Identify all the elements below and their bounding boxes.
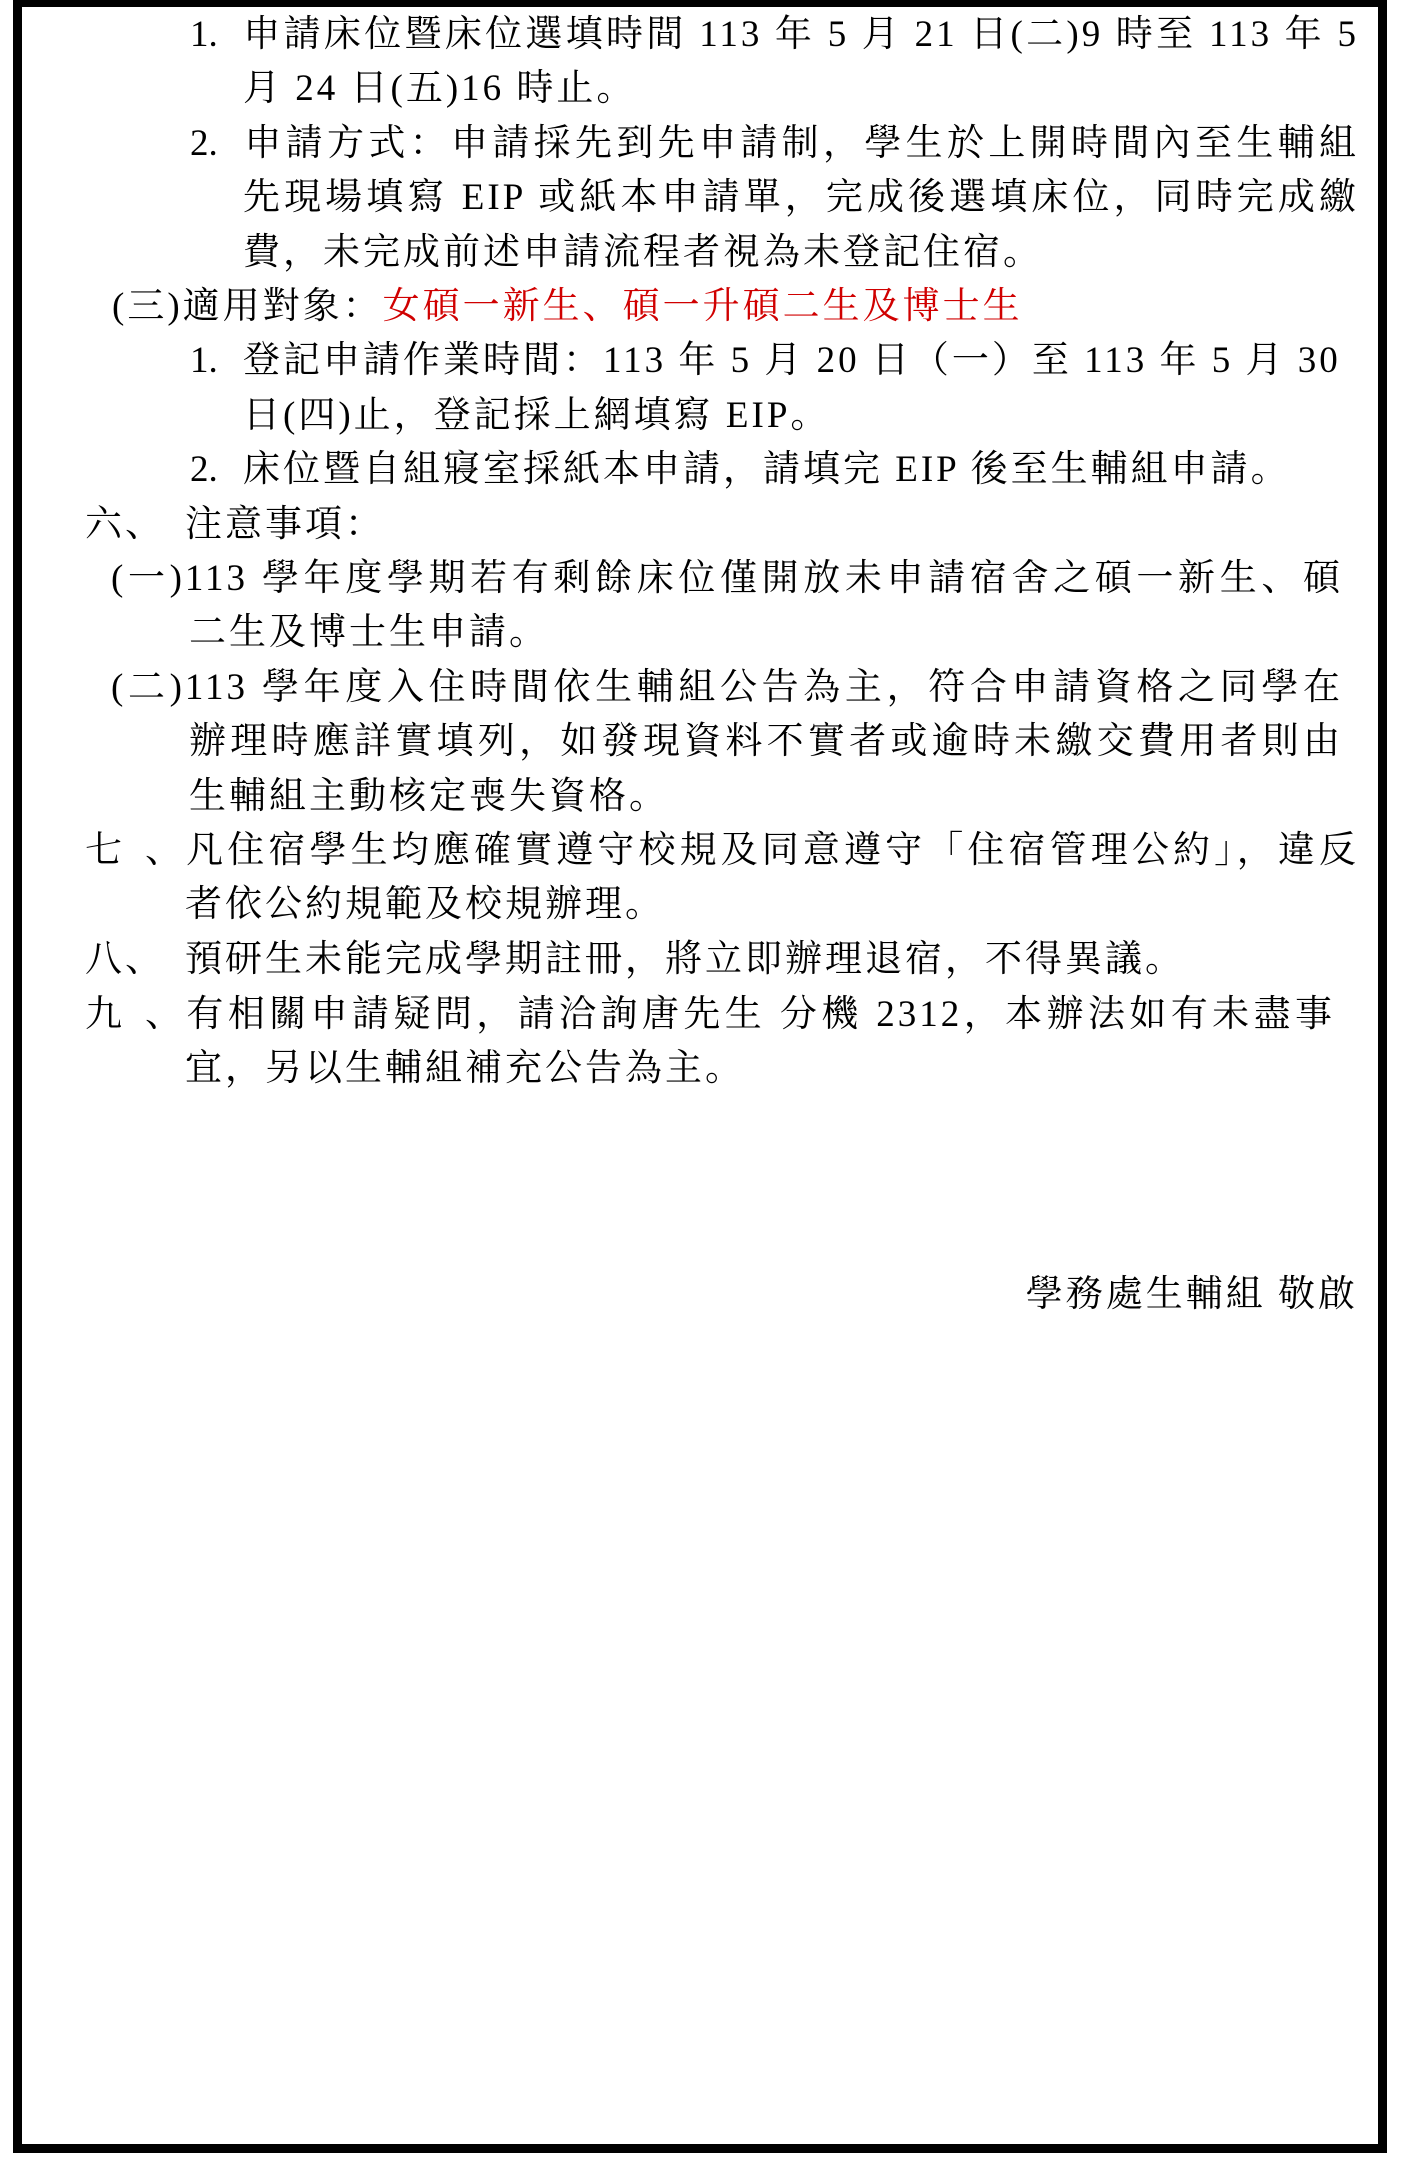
sub3-item-2-number: 2.: [190, 443, 243, 497]
reg-item-2-line-3: 費，未完成前述申請流程者視為未登記住宿。: [243, 226, 1043, 280]
section-9-line-2: 宜，另以生輔組補充公告為主。: [185, 1042, 745, 1096]
section-6-number: 六、: [85, 498, 185, 552]
section-9-text: 有相關申請疑問，請洽詢唐先生 分機 2312，本辦法如有未盡事: [185, 994, 1335, 1035]
sub3-item-1-number: 1.: [190, 334, 243, 388]
section-8-text: 預研生未能完成學期註冊，將立即辦理退宿，不得異議。: [185, 939, 1185, 980]
reg-item-2-text: 申請方式：申請採先到先申請制，學生於上開時間內至生輔組: [243, 123, 1359, 164]
reg-item-1-number: 1.: [190, 8, 243, 62]
reg-item-2-line-2: 先現場填寫 EIP 或紙本申請單，完成後選填床位，同時完成繳: [243, 171, 1359, 225]
eligibility-target-highlight: 女碩一新生、碩一升碩二生及博士生: [383, 286, 1023, 327]
eligibility-label: (三)適用對象：: [112, 286, 383, 327]
section-6-item-2-line-1: (二)113 學年度入住時間依生輔組公告為主，符合申請資格之同學在: [111, 661, 1343, 715]
section-6-item-2-line-3: 生輔組主動核定喪失資格。: [189, 770, 669, 824]
sub3-item-2-line-1: 2.床位暨自組寢室採紙本申請，請填完 EIP 後至生輔組申請。: [190, 443, 1291, 497]
signature: 學務處生輔組 敬啟: [900, 1268, 1358, 1322]
reg-item-1-text: 申請床位暨床位選填時間 113 年 5 月 21 日(二)9 時至 113 年 …: [243, 14, 1359, 55]
reg-item-2-number: 2.: [190, 117, 243, 171]
section-8-number: 八、: [85, 933, 185, 987]
section-9-number: 九、: [85, 988, 185, 1042]
reg-item-1-line-1: 1.申請床位暨床位選填時間 113 年 5 月 21 日(二)9 時至 113 …: [190, 8, 1359, 62]
reg-item-1-line-2: 月 24 日(五)16 時止。: [243, 62, 636, 116]
sub3-item-2-text: 床位暨自組寢室採紙本申請，請填完 EIP 後至生輔組申請。: [243, 449, 1291, 490]
section-6-item-1-line-2: 二生及博士生申請。: [189, 606, 549, 660]
sub3-item-1-line-2: 日(四)止，登記採上網填寫 EIP。: [243, 389, 830, 443]
section-6-item-2-line-2: 辦理時應詳實填列，如發現資料不實者或逾時未繳交費用者則由: [189, 715, 1343, 769]
section-7-number: 七、: [85, 824, 185, 878]
section-7-text: 凡住宿學生均應確實遵守校規及同意遵守「住宿管理公約」，違反: [185, 830, 1359, 871]
section-6-item-1-line-1: (一)113 學年度學期若有剩餘床位僅開放未申請宿舍之碩一新生、碩: [111, 552, 1343, 606]
sub3-item-1-text: 登記申請作業時間：113 年 5 月 20 日（一）至 113 年 5 月 30: [243, 340, 1341, 381]
section-7-line-1: 七、凡住宿學生均應確實遵守校規及同意遵守「住宿管理公約」，違反: [85, 824, 1359, 878]
section-8-line-1: 八、預研生未能完成學期註冊，將立即辦理退宿，不得異議。: [85, 933, 1185, 987]
eligibility-heading: (三)適用對象：女碩一新生、碩一升碩二生及博士生: [112, 280, 1023, 334]
reg-item-2-line-1: 2.申請方式：申請採先到先申請制，學生於上開時間內至生輔組: [190, 117, 1359, 171]
section-9-line-1: 九、有相關申請疑問，請洽詢唐先生 分機 2312，本辦法如有未盡事: [85, 988, 1335, 1042]
sub3-item-1-line-1: 1.登記申請作業時間：113 年 5 月 20 日（一）至 113 年 5 月 …: [190, 334, 1335, 388]
section-6-heading: 六、注意事項：: [85, 498, 385, 552]
section-6-title: 注意事項：: [185, 504, 385, 545]
section-7-line-2: 者依公約規範及校規辦理。: [185, 878, 665, 932]
